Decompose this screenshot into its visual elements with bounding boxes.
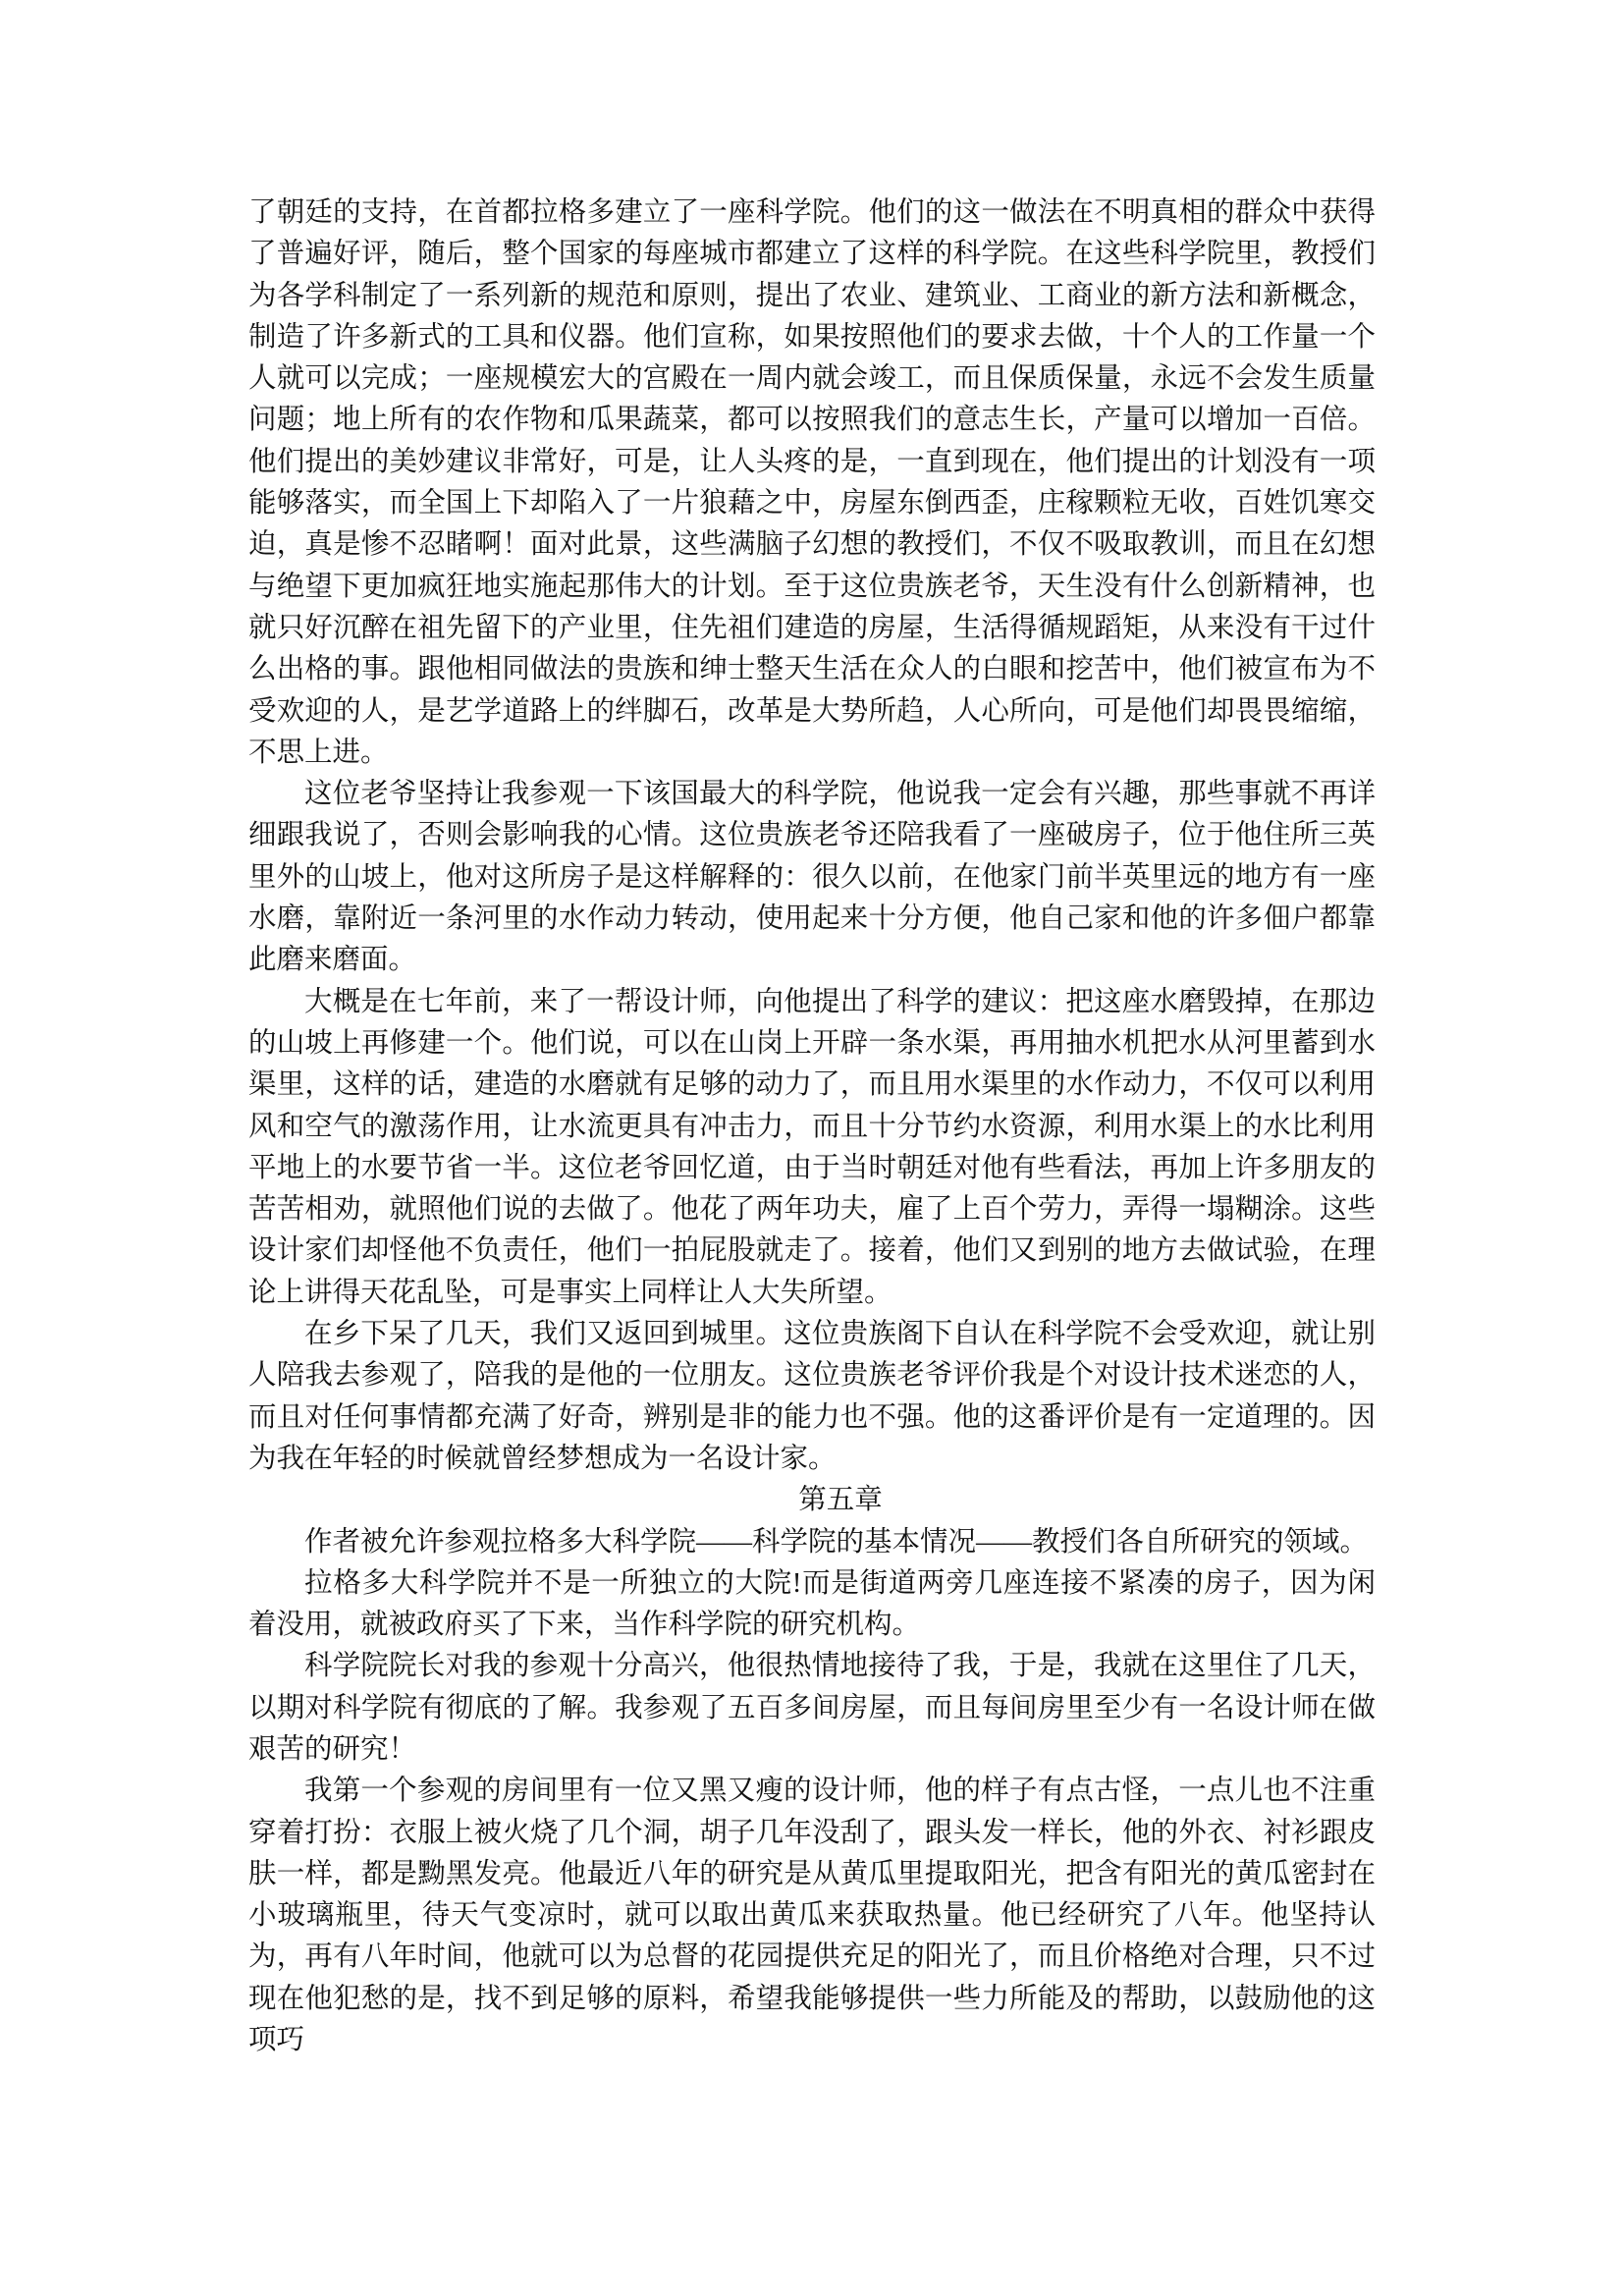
paragraph: 在乡下呆了几天，我们又返回到城里。这位贵族阁下自认在科学院不会受欢迎，就让别人陪…	[248, 1314, 1376, 1480]
chapter-summary: 作者被允许参观拉格多大科学院——科学院的基本情况——教授们各自所研究的领域。	[248, 1522, 1376, 1563]
document-page: 了朝廷的支持，在首都拉格多建立了一座科学院。他们的这一做法在不明真相的群众中获得…	[248, 192, 1376, 2061]
paragraph: 拉格多大科学院并不是一所独立的大院!而是街道两旁几座连接不紧凑的房子，因为闲着没…	[248, 1563, 1376, 1647]
paragraph-continued: 了朝廷的支持，在首都拉格多建立了一座科学院。他们的这一做法在不明真相的群众中获得…	[248, 192, 1376, 774]
paragraph: 科学院院长对我的参观十分高兴，他很热情地接待了我，于是，我就在这里住了几天，以期…	[248, 1646, 1376, 1771]
paragraph: 这位老爷坚持让我参观一下该国最大的科学院，他说我一定会有兴趣，那些事就不再详细跟…	[248, 774, 1376, 981]
paragraph: 大概是在七年前，来了一帮设计师，向他提出了科学的建议：把这座水磨毁掉，在那边的山…	[248, 982, 1376, 1314]
chapter-title: 第五章	[248, 1480, 1376, 1521]
paragraph: 我第一个参观的房间里有一位又黑又瘦的设计师，他的样子有点古怪，一点儿也不注重穿着…	[248, 1771, 1376, 2061]
